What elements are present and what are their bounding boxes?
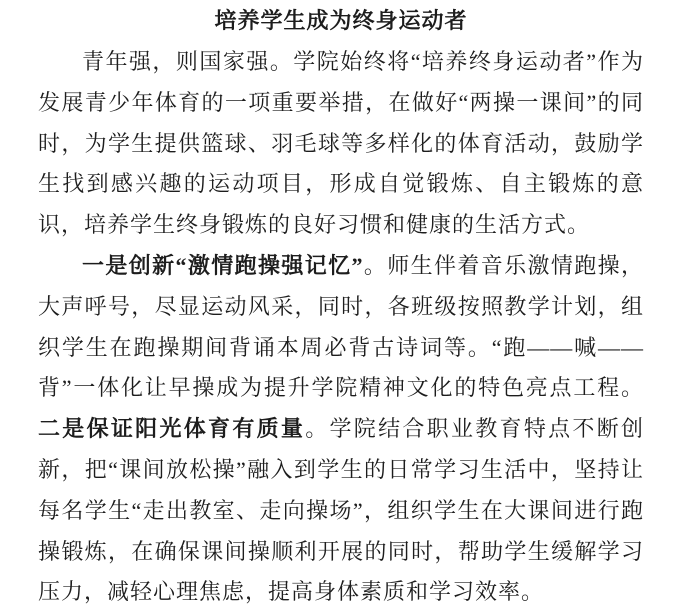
text-run-bold-heading-one: 一是创新“激情跑操强记忆”	[82, 253, 364, 278]
text-run: 青年强，则国家强。学院始终将“培养终身运动者”作为发展青少年体育的一项重要举措，…	[38, 49, 644, 237]
text-run-bold-heading-two: 二是保证阳光体育有质量	[38, 416, 305, 441]
text-run: 。学院结合职业教育特点不断创新，把“课间放松操”融入到学生的日常学习生活中，坚持…	[38, 416, 644, 604]
paragraph-intro: 青年强，则国家强。学院始终将“培养终身运动者”作为发展青少年体育的一项重要举措，…	[38, 42, 644, 246]
document-page: 培养学生成为终身运动者 青年强，则国家强。学院始终将“培养终身运动者”作为发展青…	[0, 0, 680, 612]
document-background: { "document": { "title": "培养学生成为终身运动者", …	[0, 0, 680, 612]
document-title: 培养学生成为终身运动者	[38, 5, 644, 37]
paragraph-measures: 一是创新“激情跑操强记忆”。师生伴着音乐激情跑操，大声呼号，尽显运动风采，同时，…	[38, 246, 644, 612]
